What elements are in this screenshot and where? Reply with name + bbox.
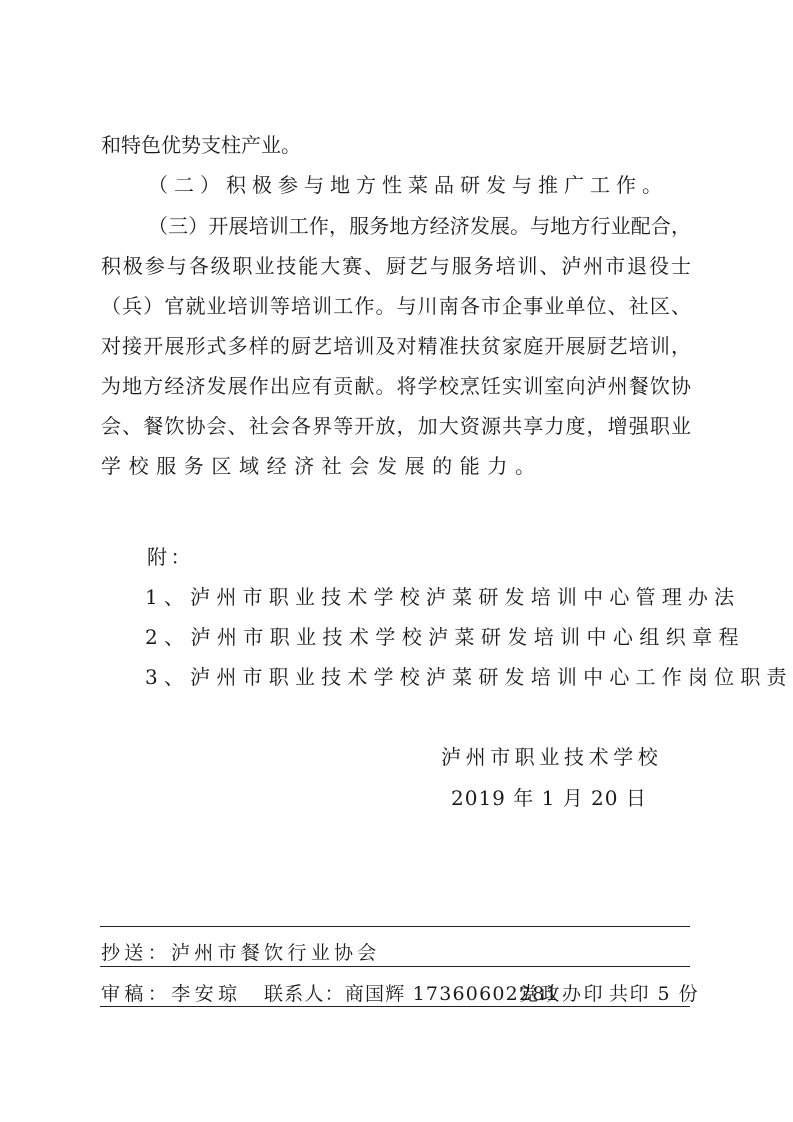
body-line-7: 为地方经济发展作出应有贡献。将学校烹饪实训室向泸州餐饮协	[101, 374, 691, 398]
body-line-1: 和特色优势支柱产业。	[101, 133, 691, 157]
footer-top-rule	[100, 926, 690, 927]
footer-copies: 共印 5 份	[609, 982, 699, 1006]
body-line-4: 积极参与各级职业技能大赛、厨艺与服务培训、泸州市退役士	[101, 254, 691, 278]
attachment-item-2: 2、泸州市职业技术学校泸菜研发培训中心组织章程	[145, 625, 745, 649]
section-heading-2: （二）积极参与地方性菜品研发与推广工作。	[148, 173, 691, 197]
footer-contact: 联系人：商国辉 17360602281	[264, 982, 559, 1006]
footer-cc-line: 抄送：泸州市餐饮行业协会	[101, 941, 381, 965]
attachments-label: 附：	[147, 545, 194, 569]
footer-printed-by: 党政办印	[519, 982, 605, 1006]
attachment-item-1: 1、泸州市职业技术学校泸菜研发培训中心管理办法	[145, 585, 740, 609]
body-line-5: （兵）官就业培训等培训工作。与川南各市企事业单位、社区、	[101, 294, 691, 318]
footer-bottom-rule	[100, 1006, 690, 1007]
section-heading-3: （三）开展培训工作，服务地方经济发展。与地方行业配合，	[148, 214, 691, 238]
footer-middle-rule	[100, 966, 690, 967]
attachment-item-3: 3、泸州市职业技术学校泸菜研发培训中心工作岗位职责	[145, 665, 793, 689]
body-line-9: 学校服务区域经济社会发展的能力。	[101, 454, 691, 478]
body-line-8: 会、餐饮协会、社会各界等开放，加大资源共享力度，增强职业	[101, 414, 691, 438]
signature-date: 2019 年 1 月 20 日	[451, 786, 647, 810]
signature-organization: 泸州市职业技术学校	[441, 745, 662, 769]
footer-reviewer: 审稿：李安琼	[101, 982, 241, 1006]
body-line-6: 对接开展形式多样的厨艺培训及对精准扶贫家庭开展厨艺培训，	[101, 334, 691, 358]
